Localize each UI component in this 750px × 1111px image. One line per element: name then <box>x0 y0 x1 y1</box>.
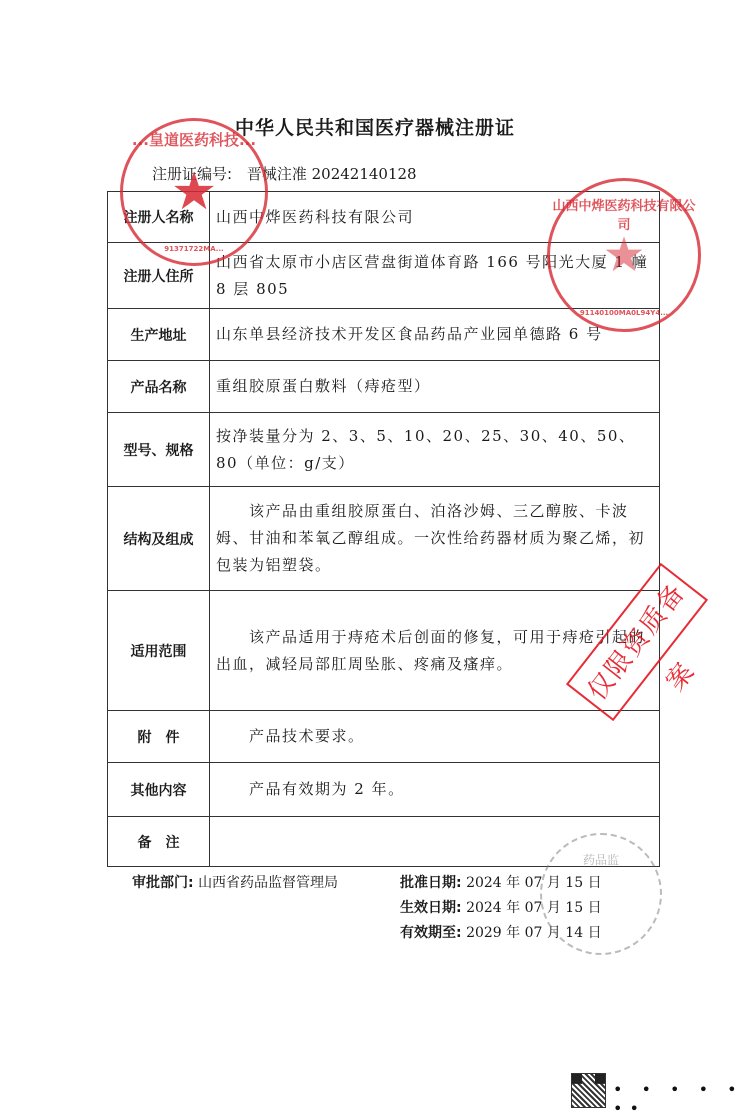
row-label: 适用范围 <box>108 591 210 711</box>
row-value-text: 产品有效期为 2 年。 <box>216 776 653 803</box>
table-row: 型号、规格 按净装量分为 2、3、5、10、20、25、30、40、50、80（… <box>108 413 660 487</box>
approval-department-label: 审批部门: <box>132 875 194 891</box>
agency-seal-faint: 药品监 <box>540 833 662 955</box>
approval-department: 审批部门: 山西省药品监督管理局 <box>132 872 338 892</box>
row-label: 附 件 <box>108 711 210 763</box>
table-row: 产品名称 重组胶原蛋白敷料（痔疮型） <box>108 361 660 413</box>
registration-number-value: 晋械注准 20242140128 <box>247 165 417 183</box>
registration-number: 注册证编号: 晋械注准 20242140128 <box>152 163 417 184</box>
row-value-text: 该产品由重组胶原蛋白、泊洛沙姆、三乙醇胺、卡波姆、甘油和苯氧乙醇组成。一次性给药… <box>216 498 653 579</box>
row-value: 产品技术要求。 <box>210 711 660 763</box>
seal-text: 药品监 <box>542 851 660 868</box>
registration-number-label: 注册证编号: <box>152 165 232 183</box>
row-label: 其他内容 <box>108 763 210 817</box>
row-label: 生产地址 <box>108 309 210 361</box>
row-value: 按净装量分为 2、3、5、10、20、25、30、40、50、80（单位：g/支… <box>210 413 660 487</box>
row-value: 该产品由重组胶原蛋白、泊洛沙姆、三乙醇胺、卡波姆、甘油和苯氧乙醇组成。一次性给药… <box>210 487 660 591</box>
row-label: 备 注 <box>108 817 210 867</box>
row-label: 型号、规格 <box>108 413 210 487</box>
qr-code-icon <box>571 1073 606 1108</box>
row-value: 重组胶原蛋白敷料（痔疮型） <box>210 361 660 413</box>
row-value: 山东单县经济技术开发区食品药品产业园单德路 6 号 <box>210 309 660 361</box>
row-value: 产品有效期为 2 年。 <box>210 763 660 817</box>
table-row: 注册人住所 山西省太原市小店区营盘街道体育路 166 号阳光大厦 1 幢 8 层… <box>108 243 660 309</box>
row-label: 产品名称 <box>108 361 210 413</box>
table-row: 结构及组成 该产品由重组胶原蛋白、泊洛沙姆、三乙醇胺、卡波姆、甘油和苯氧乙醇组成… <box>108 487 660 591</box>
certificate-table: 注册人名称 山西中烨医药科技有限公司 注册人住所 山西省太原市小店区营盘街道体育… <box>107 191 660 867</box>
document-title: 中华人民共和国医疗器械注册证 <box>0 113 750 140</box>
row-value-text: 产品技术要求。 <box>216 723 653 750</box>
table-row: 注册人名称 山西中烨医药科技有限公司 <box>108 192 660 243</box>
table-row: 附 件 产品技术要求。 <box>108 711 660 763</box>
row-value: 山西省太原市小店区营盘街道体育路 166 号阳光大厦 1 幢 8 层 805 <box>210 243 660 309</box>
table-row: 其他内容 产品有效期为 2 年。 <box>108 763 660 817</box>
approval-date-label: 批准日期: <box>400 875 462 891</box>
row-value: 山西中烨医药科技有限公司 <box>210 192 660 243</box>
row-label: 注册人住所 <box>108 243 210 309</box>
effective-date-label: 生效日期: <box>400 900 462 916</box>
row-label: 结构及组成 <box>108 487 210 591</box>
approval-department-value: 山西省药品监督管理局 <box>198 875 338 891</box>
row-label: 注册人名称 <box>108 192 210 243</box>
dots-decoration: • • • • • •• <box>613 1080 750 1111</box>
table-row: 生产地址 山东单县经济技术开发区食品药品产业园单德路 6 号 <box>108 309 660 361</box>
expiry-date-label: 有效期至: <box>400 925 462 941</box>
